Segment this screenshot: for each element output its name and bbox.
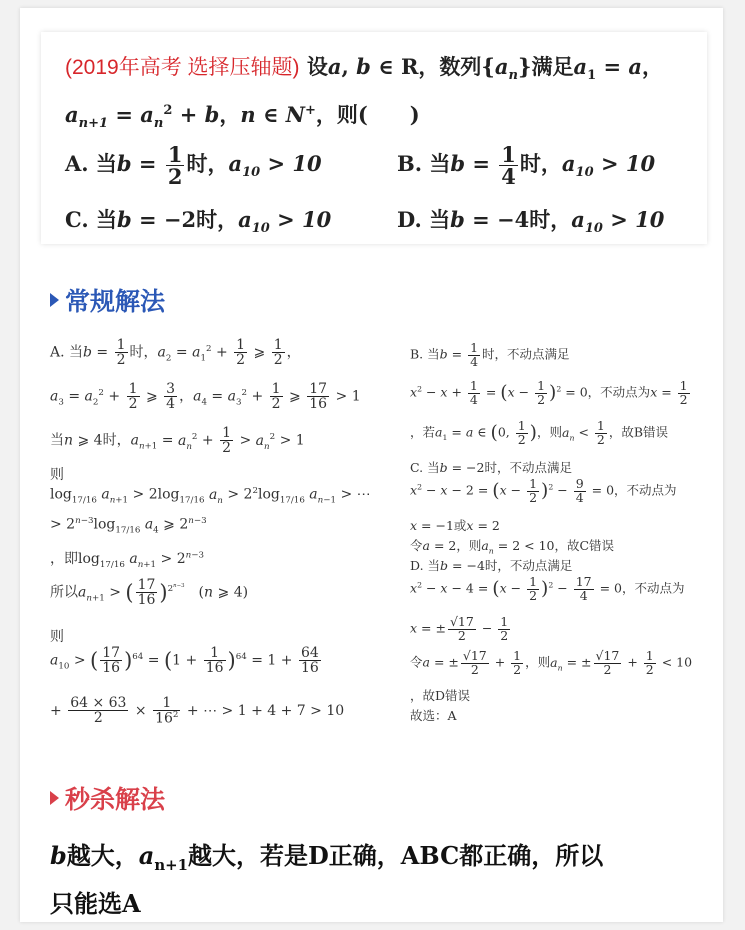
solution-left-line-2: a3 = a22 + 12 ⩾ 34，a4 = a32 + 12 ⩾ 1716 …	[50, 382, 361, 411]
triangle-bullet-icon	[50, 791, 59, 805]
option-d[interactable]: D. 当b = −4时，a10 > 10	[397, 204, 664, 236]
solution-left-line-11: + 64 × 632 × 1162 + ⋯ > 1 + 4 + 7 > 10	[50, 696, 344, 726]
solution-left-line-6: > 2n−3log17/16 a4 ⩾ 2n−3	[50, 516, 207, 535]
option-b[interactable]: B. 当b = 14时，a10 > 10	[397, 144, 655, 187]
solution-right-line-3: ，若a1 = a ∈ (0, 12)，则an < 12，故B错误	[410, 420, 668, 446]
solution-right-line-10: x = ±√172 − 12	[410, 616, 512, 642]
solution-left-line-3: 当n ⩾ 4时，an+1 = an2 + 12 > an2 > 1	[50, 426, 305, 455]
question-line-2: an+1 = an2 + b，n ∈ N+，则( )	[65, 96, 420, 139]
solution-left-line-1: A. 当b = 12时，a2 = a12 + 12 ⩾ 12，	[50, 338, 301, 367]
solution-right-line-1: B. 当b = 14时，不动点满足	[410, 342, 570, 368]
solution-right-line-7: 令a = 2，则an = 2 < 10，故C错误	[410, 536, 614, 556]
solution-left-line-8: 所以an+1 > (1716)2n−3 (n ⩾ 4)	[50, 578, 248, 607]
solution-right-line-12: ，故D错误	[410, 686, 470, 704]
document-page: (2019年高考 选择压轴题) 设a, b ∈ R，数列{an}满足a1 = a…	[20, 8, 723, 922]
solution-right-line-2: x2 − x + 14 = (x − 12)2 = 0，不动点为x = 12	[410, 380, 692, 406]
solution-right-line-8: D. 当b = −4时，不动点满足	[410, 556, 572, 574]
source-tag: (2019年高考 选择压轴题)	[65, 56, 300, 79]
solution-right-line-13: 故选：A	[410, 706, 457, 724]
option-a[interactable]: A. 当b = 12时，a10 > 10	[65, 144, 322, 187]
solution-right-line-9: x2 − x − 4 = (x − 12)2 − 174 = 0，不动点为	[410, 576, 685, 602]
question-card: (2019年高考 选择压轴题) 设a, b ∈ R，数列{an}满足a1 = a…	[41, 32, 707, 244]
solution-left-line-4: 则	[50, 464, 64, 484]
solution-right-line-11: 令a = ±√172 + 12，则an = ±√172 + 12 < 10	[410, 650, 692, 676]
solution-left-line-5: log17/16 an+1 > 2log17/16 an > 22log17/1…	[50, 486, 371, 505]
section-quick-heading: 秒杀解法	[50, 780, 165, 816]
solution-left-line-7: ，即log17/16 an+1 > 2n−3	[50, 548, 204, 570]
solution-right-line-5: x2 − x − 2 = (x − 12)2 − 94 = 0，不动点为	[410, 478, 677, 504]
option-c[interactable]: C. 当b = −2时，a10 > 10	[65, 204, 331, 236]
solution-right-line-6: x = −1或x = 2	[410, 516, 500, 534]
solution-left-line-9: 则	[50, 626, 64, 646]
question-line-1: (2019年高考 选择压轴题) 设a, b ∈ R，数列{an}满足a1 = a…	[65, 52, 663, 91]
quick-solution-line-2: 只能选A	[50, 884, 141, 919]
solution-right-line-4: C. 当b = −2时，不动点满足	[410, 458, 572, 476]
section-regular-heading: 常规解法	[50, 282, 165, 318]
solution-left-line-10: a10 > (1716)64 = (1 + 116)64 = 1 + 6416	[50, 646, 323, 675]
triangle-bullet-icon	[50, 293, 59, 307]
quick-solution-line-1: b越大，an+1越大，若是D正确，ABC都正确，所以	[50, 836, 603, 874]
